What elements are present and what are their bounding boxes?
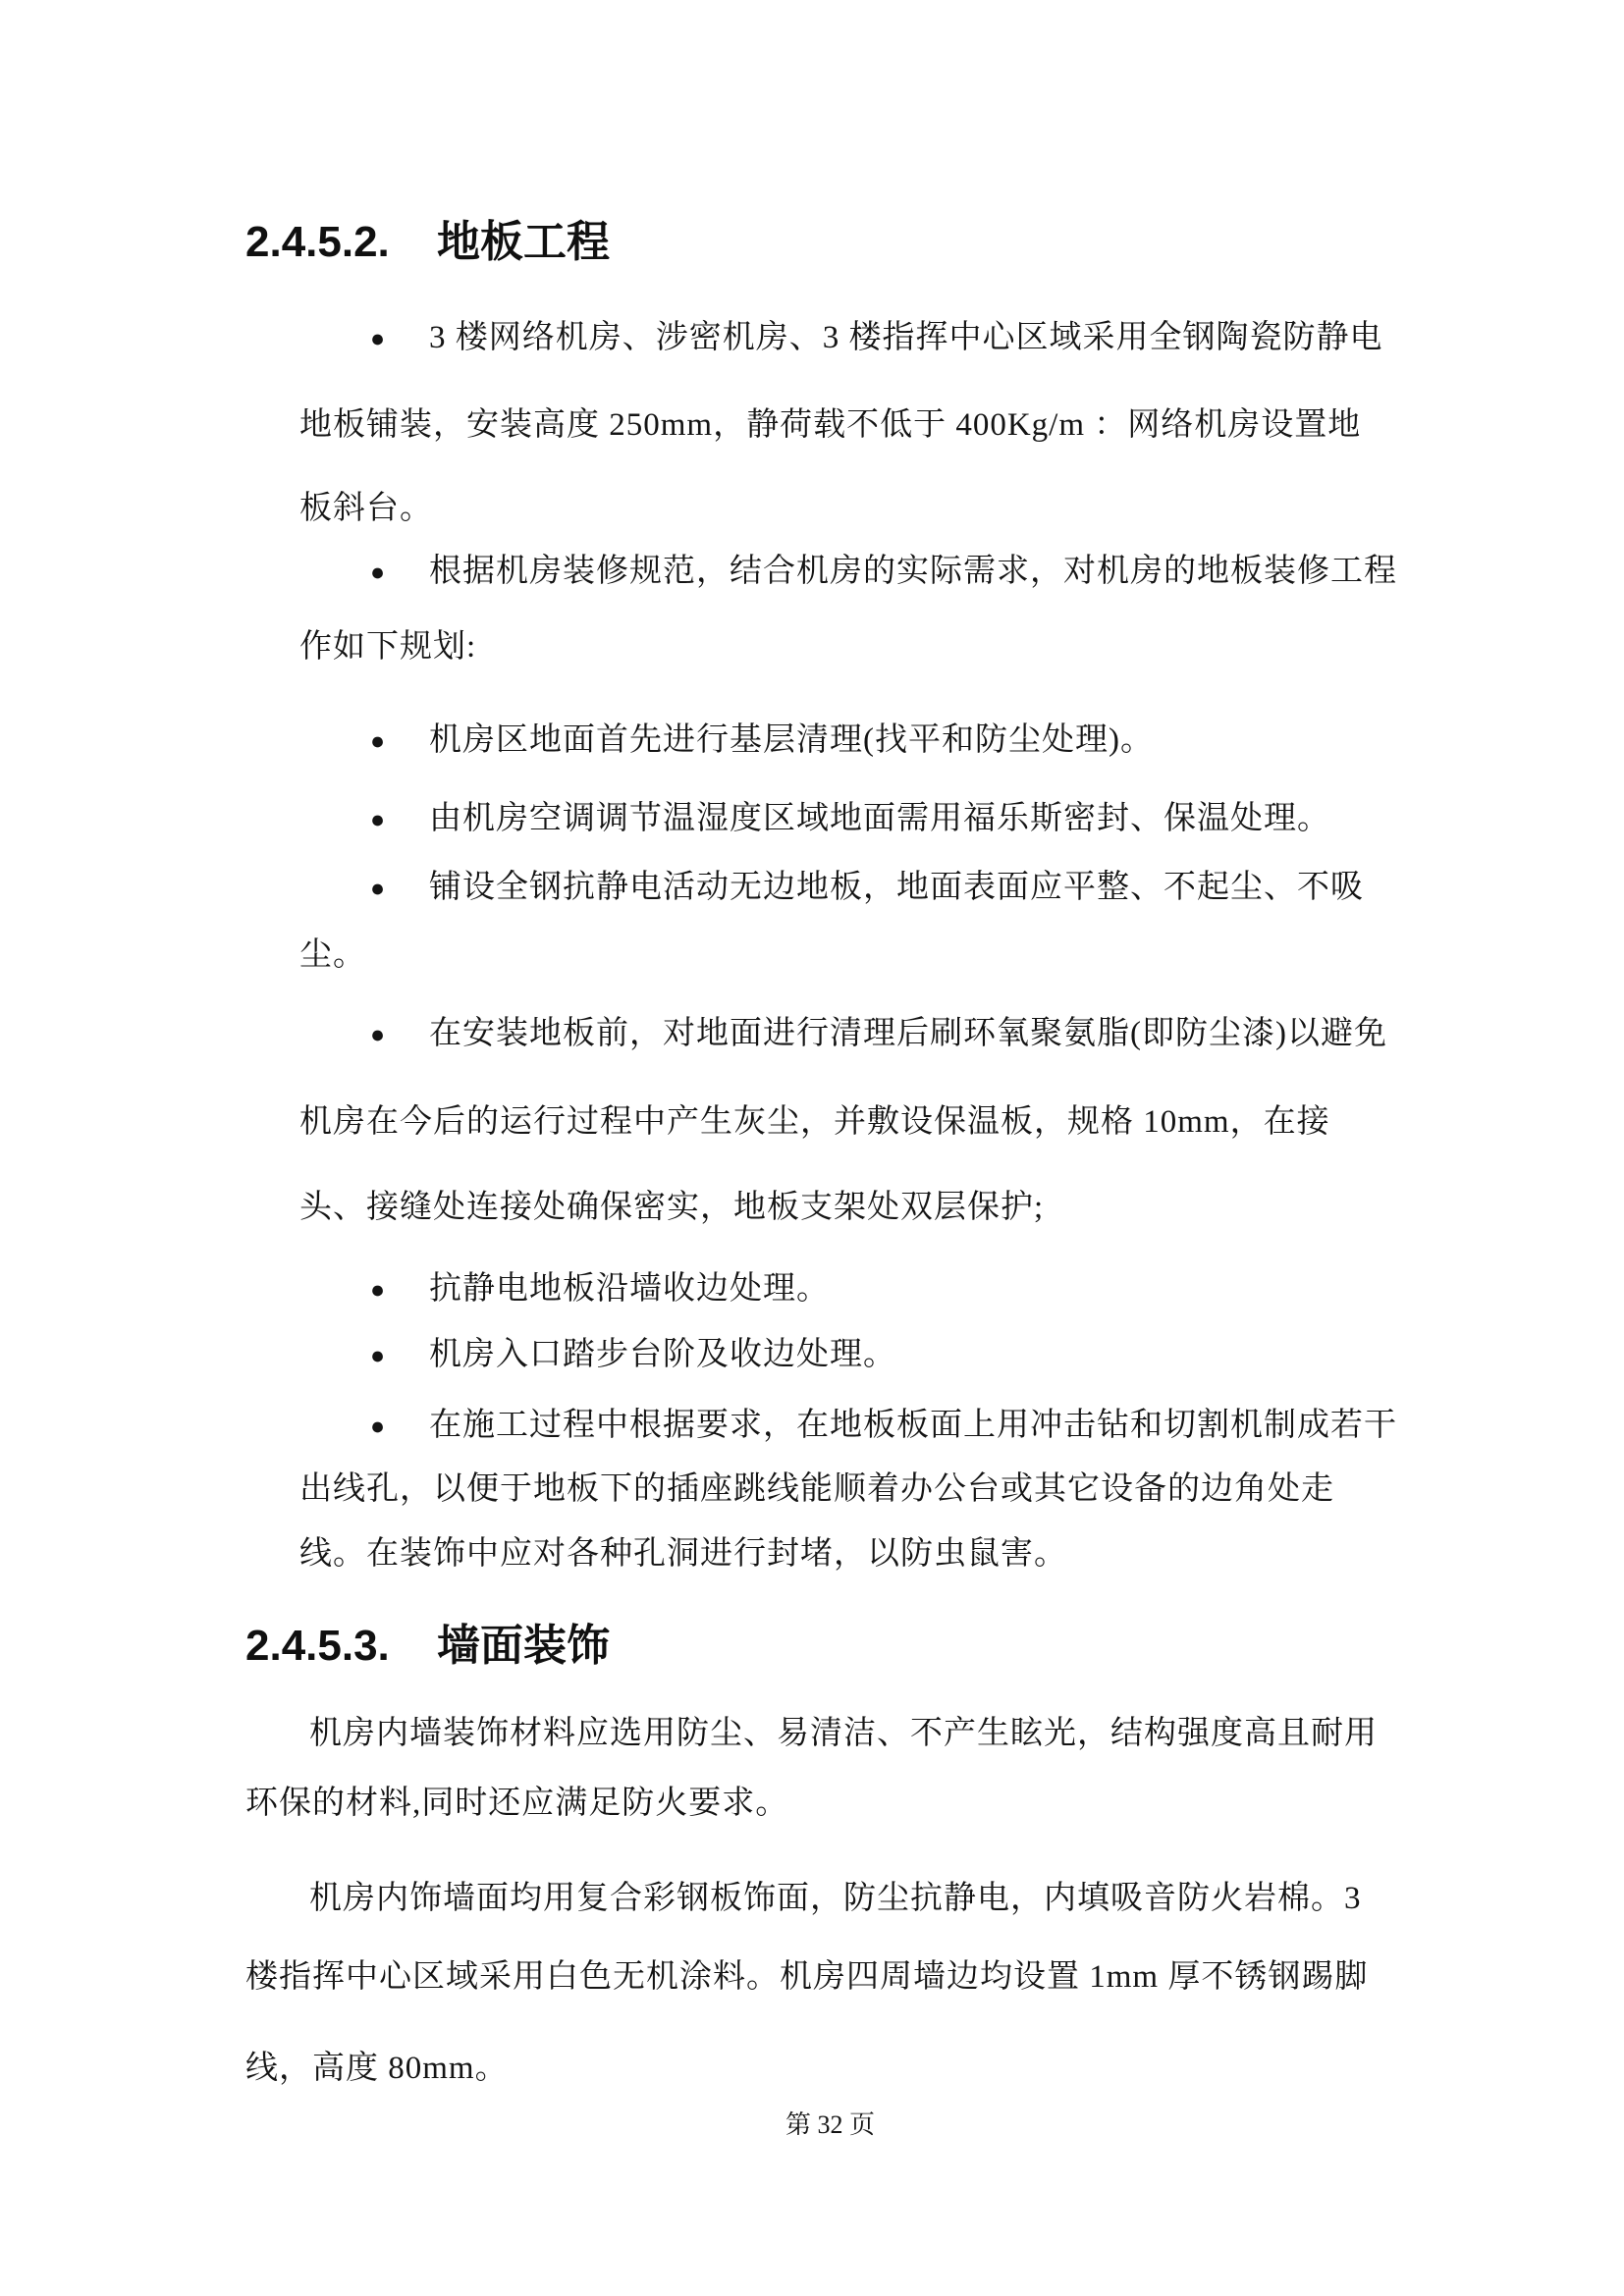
heading-title: 墙面装饰 (437, 1622, 610, 1670)
bullet-icon: ● (370, 1016, 429, 1055)
bullet-text: 机房区地面首先进行基层清理(找平和防尘处理)。 (429, 722, 1154, 758)
text-line: 地板铺装，安装高度 250mm，静荷载不低于 400Kg/m ：网络机房设置地 (299, 405, 1361, 445)
bullet-text: 3 楼网络机房、涉密机房、3 楼指挥中心区域采用全钢陶瓷防静电 (429, 320, 1383, 355)
text-line: 出线孔，以便于地板下的插座跳线能顺着办公台或其它设备的边角处走 (299, 1469, 1334, 1509)
text-line: ●3 楼网络机房、涉密机房、3 楼指挥中心区域采用全钢陶瓷防静电 (370, 318, 1383, 359)
bullet-icon: ● (370, 1271, 429, 1310)
text-line: ●由机房空调调节温湿度区域地面需用福乐斯密封、保温处理。 (370, 799, 1330, 840)
text-line: 机房在今后的运行过程中产生灰尘，并敷设保温板，规格 10mm，在接 (299, 1102, 1330, 1142)
text-line: 尘。 (299, 935, 366, 975)
bullet-text: 由机房空调调节温湿度区域地面需用福乐斯密封、保温处理。 (429, 801, 1330, 836)
text-line: ●在安装地板前，对地面进行清理后刷环氧聚氨脂(即防尘漆)以避免 (370, 1014, 1387, 1055)
bullet-text: 机房入口踏步台阶及收边处理。 (429, 1337, 896, 1372)
text-line: 线。在装饰中应对各种孔洞进行封堵，以防虫鼠害。 (299, 1534, 1067, 1574)
text-line: 机房内饰墙面均用复合彩钢板饰面，防尘抗静电，内填吸音防火岩棉。3 (309, 1879, 1362, 1918)
bullet-icon: ● (370, 1408, 429, 1447)
text-line: 板斜台。 (299, 489, 433, 528)
heading-number: 2.4.5.3. (245, 1622, 437, 1671)
text-line: 楼指挥中心区域采用白色无机涂料。机房四周墙边均设置 1mm 厚不锈钢踢脚 (245, 1957, 1368, 1997)
heading-title: 地板工程 (437, 218, 610, 266)
text-line: 头、接缝处连接处确保密实，地板支架处双层保护; (299, 1188, 1044, 1227)
text-line: ●机房入口踏步台阶及收边处理。 (370, 1335, 896, 1376)
page-number: 第 32 页 (785, 2110, 875, 2140)
bullet-text: 根据机房装修规范，结合机房的实际需求，对机房的地板装修工程 (429, 554, 1397, 589)
text-line: ●铺设全钢抗静电活动无边地板，地面表面应平整、不起尘、不吸 (370, 868, 1364, 909)
text-line: 机房内墙装饰材料应选用防尘、易清洁、不产生眩光，结构强度高且耐用 (309, 1714, 1378, 1753)
section-heading: 2.4.5.2.地板工程 (245, 218, 610, 267)
text-line: ●机房区地面首先进行基层清理(找平和防尘处理)。 (370, 721, 1154, 762)
heading-number: 2.4.5.2. (245, 218, 437, 267)
bullet-icon: ● (370, 722, 429, 762)
bullet-text: 在施工过程中根据要求，在地板板面上用冲击钻和切割机制成若干 (429, 1408, 1397, 1443)
bullet-text: 抗静电地板沿墙收边处理。 (429, 1271, 830, 1307)
bullet-icon: ● (370, 554, 429, 593)
document-page: 2.4.5.2.地板工程 ●3 楼网络机房、涉密机房、3 楼指挥中心区域采用全钢… (0, 0, 1624, 2296)
bullet-text: 在安装地板前，对地面进行清理后刷环氧聚氨脂(即防尘漆)以避免 (429, 1016, 1387, 1051)
section-heading: 2.4.5.3.墙面装饰 (245, 1622, 610, 1671)
text-line: ●根据机房装修规范，结合机房的实际需求，对机房的地板装修工程 (370, 552, 1397, 593)
bullet-icon: ● (370, 801, 429, 840)
bullet-icon: ● (370, 1337, 429, 1376)
text-line: ●抗静电地板沿墙收边处理。 (370, 1269, 830, 1310)
bullet-text: 铺设全钢抗静电活动无边地板，地面表面应平整、不起尘、不吸 (429, 870, 1364, 905)
text-line: 线，高度 80mm。 (245, 2049, 509, 2088)
text-line: 作如下规划: (299, 627, 476, 667)
text-line: ●在施工过程中根据要求，在地板板面上用冲击钻和切割机制成若干 (370, 1406, 1397, 1447)
text-line: 环保的材料,同时还应满足防火要求。 (245, 1784, 788, 1823)
bullet-icon: ● (370, 320, 429, 359)
bullet-icon: ● (370, 870, 429, 909)
